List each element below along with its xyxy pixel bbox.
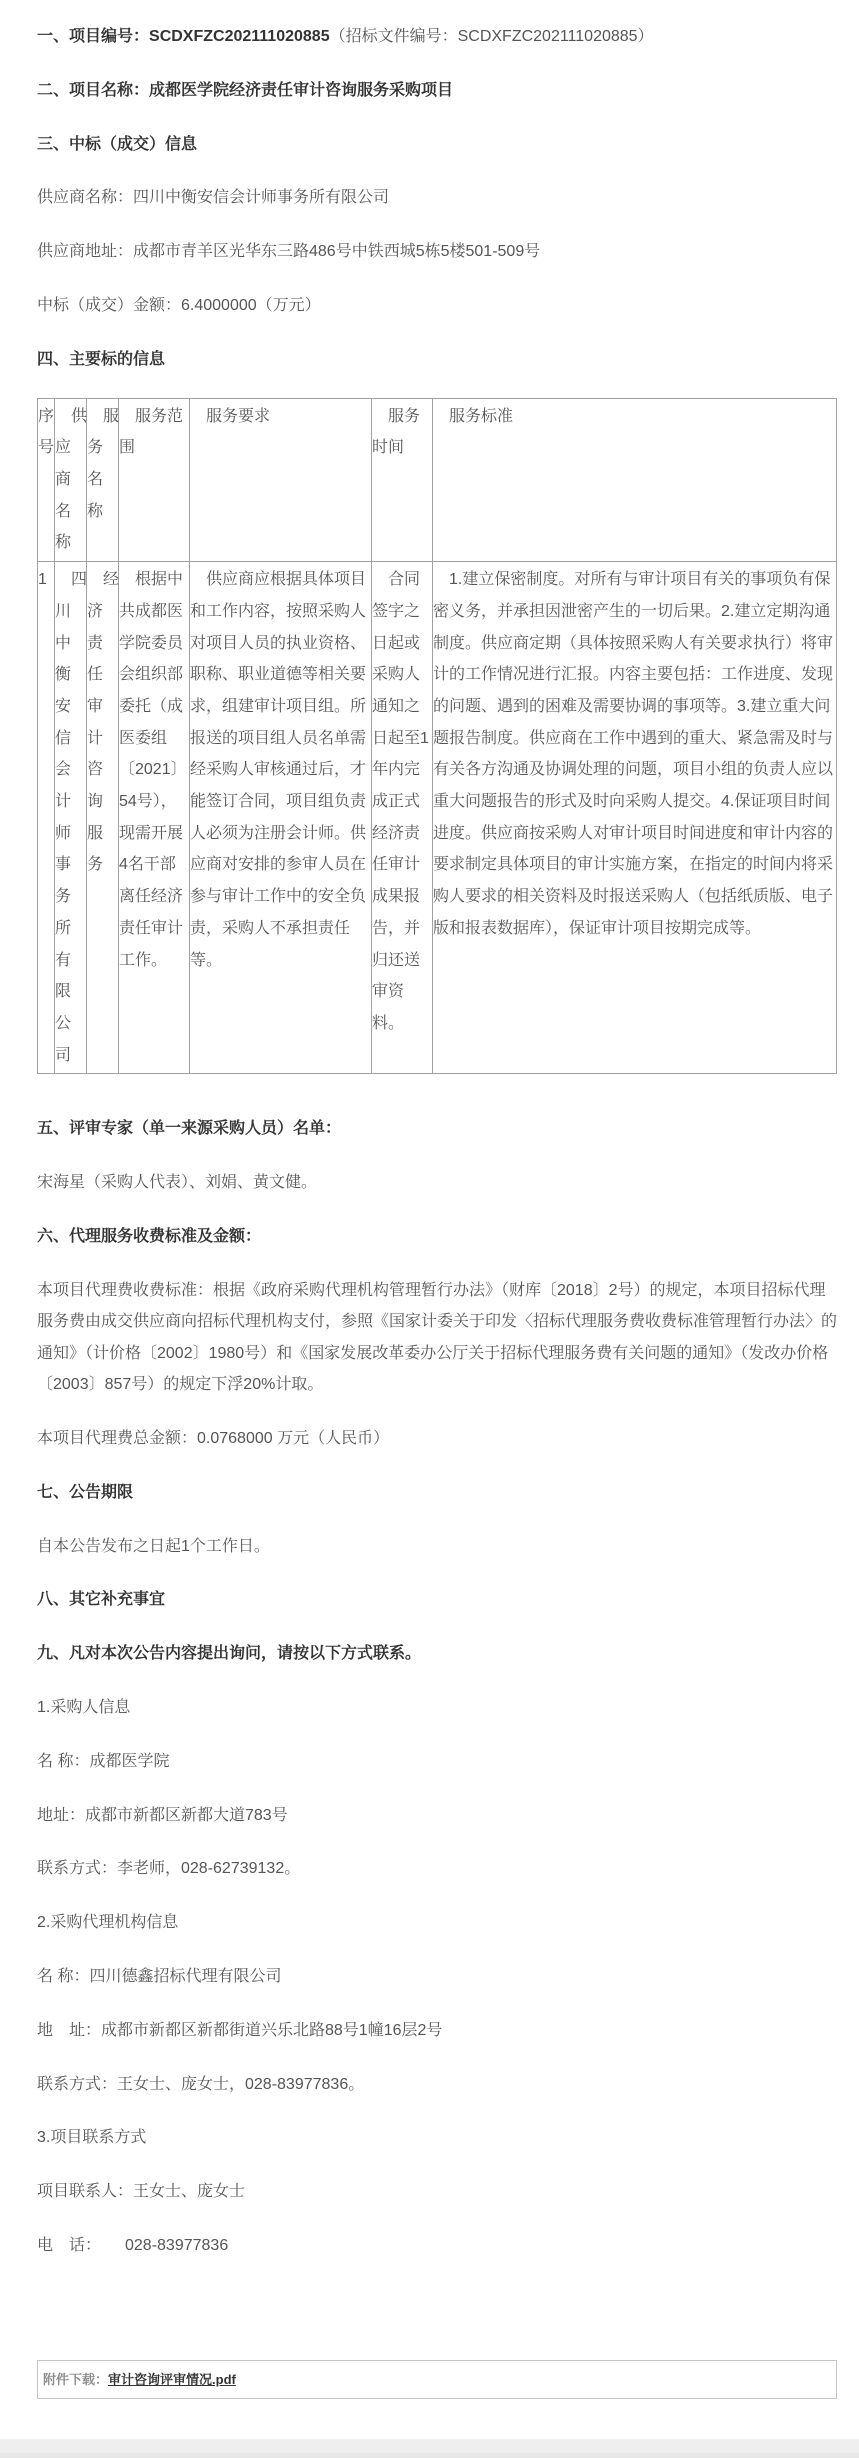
- tender-doc-number: （招标文件编号：SCDXFZC202111020885）: [330, 28, 654, 45]
- notice-period-heading: 七、公告期限: [37, 1477, 837, 1509]
- supplementary-heading: 八、其它补充事宜: [37, 1584, 837, 1616]
- agency-address: 地 址：成都市新都区新都街道兴乐北路88号1幢16层2号: [37, 2015, 837, 2047]
- agency-info-title: 2.采购代理机构信息: [37, 1907, 837, 1939]
- purchaser-contact: 联系方式：李老师，028-62739132。: [37, 1853, 837, 1885]
- project-number-line: 一、项目编号：SCDXFZC202111020885（招标文件编号：SCDXFZ…: [37, 21, 837, 53]
- purchaser-name: 名 称：成都医学院: [37, 1746, 837, 1778]
- agency-fee-total: 本项目代理费总金额：0.0768000 万元（人民币）: [37, 1423, 837, 1455]
- award-amount: 中标（成交）金额：6.4000000（万元）: [37, 290, 837, 322]
- experts-list: 宋海星（采购人代表）、刘娟、黄文健。: [37, 1167, 837, 1199]
- agency-fee-standard: 本项目代理费收费标准：根据《政府采购代理机构管理暂行办法》（财库〔2018〕2号…: [37, 1275, 837, 1401]
- header-service-scope: 服务范围: [119, 398, 190, 562]
- attachment-box: 附件下载：审计咨询评审情况.pdf: [37, 2360, 837, 2399]
- project-number-label: 一、项目编号：: [37, 28, 149, 45]
- project-contact-person: 项目联系人：王女士、庞女士: [37, 2176, 837, 2208]
- project-contact-title: 3.项目联系方式: [37, 2122, 837, 2154]
- main-items-heading: 四、主要标的信息: [37, 344, 837, 376]
- cell-service-requirements: 供应商应根据具体项目和工作内容，按照采购人对项目人员的执业资格、职称、职业道德等…: [190, 562, 372, 1074]
- attachment-label: 附件下载：: [43, 2372, 108, 2387]
- project-number-value: SCDXFZC202111020885: [149, 28, 330, 45]
- project-contact-phone: 电 话： 028-83977836: [37, 2230, 837, 2262]
- header-service-name: 服务名称: [87, 398, 119, 562]
- page-footer-edge: [0, 2453, 859, 2458]
- cell-service-name: 经济责任审计咨询服务: [87, 562, 119, 1074]
- notice-period-text: 自本公告发布之日起1个工作日。: [37, 1531, 837, 1563]
- cell-service-scope: 根据中共成都医学院委员会组织部委托（成医委组〔2021〕54号），现需开展4名干…: [119, 562, 190, 1074]
- main-items-table: 序号 供应商名称 服务名称 服务范围 服务要求 服务时间 服务标准 1 四川中衡…: [37, 398, 837, 1075]
- purchaser-info-title: 1.采购人信息: [37, 1692, 837, 1724]
- cell-service-time: 合同签字之日起或采购人通知之日起至1年内完成正式经济责任审计成果报告，并归还送审…: [372, 562, 433, 1074]
- agency-contact: 联系方式：王女士、庞女士，028-83977836。: [37, 2069, 837, 2101]
- contact-heading: 九、凡对本次公告内容提出询问，请按以下方式联系。: [37, 1638, 837, 1670]
- award-info-heading: 三、中标（成交）信息: [37, 129, 837, 161]
- attachment-download-link[interactable]: 审计咨询评审情况.pdf: [108, 2372, 236, 2387]
- agency-fee-heading: 六、代理服务收费标准及金额：: [37, 1221, 837, 1253]
- header-service-standard: 服务标准: [433, 398, 837, 562]
- cell-index: 1: [38, 562, 55, 1074]
- table-row: 1 四川中衡安信会计师事务所有限公司 经济责任审计咨询服务 根据中共成都医学院委…: [38, 562, 837, 1074]
- announcement-body: 一、项目编号：SCDXFZC202111020885（招标文件编号：SCDXFZ…: [37, 21, 837, 2284]
- supplier-address: 供应商地址：成都市青羊区光华东三路486号中铁西城5栋5楼501-509号: [37, 236, 837, 268]
- header-index: 序号: [38, 398, 55, 562]
- experts-heading: 五、评审专家（单一来源采购人员）名单：: [37, 1113, 837, 1145]
- project-name-heading: 二、项目名称：成都医学院经济责任审计咨询服务采购项目: [37, 75, 837, 107]
- purchaser-address: 地址：成都市新都区新都大道783号: [37, 1800, 837, 1832]
- header-service-time: 服务时间: [372, 398, 433, 562]
- cell-supplier-name: 四川中衡安信会计师事务所有限公司: [55, 562, 87, 1074]
- page-footer-band: [0, 2439, 859, 2453]
- header-supplier-name: 供应商名称: [55, 398, 87, 562]
- agency-name: 名 称：四川德鑫招标代理有限公司: [37, 1961, 837, 1993]
- supplier-name: 供应商名称：四川中衡安信会计师事务所有限公司: [37, 182, 837, 214]
- cell-service-standard: 1.建立保密制度。对所有与审计项目有关的事项负有保密义务，并承担因泄密产生的一切…: [433, 562, 837, 1074]
- header-service-requirements: 服务要求: [190, 398, 372, 562]
- table-header-row: 序号 供应商名称 服务名称 服务范围 服务要求 服务时间 服务标准: [38, 398, 837, 562]
